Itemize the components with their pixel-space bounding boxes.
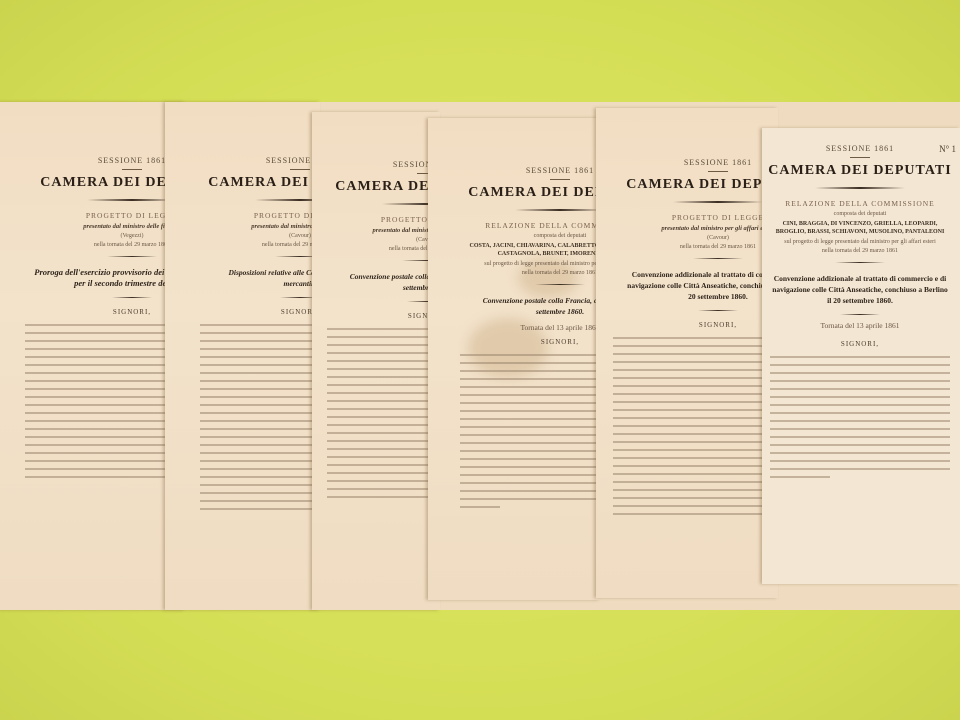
presented-by: presentato dal ministro per gli affari e… bbox=[598, 225, 778, 232]
chamber-title: CAMERA DEI DEPUTATI bbox=[762, 163, 960, 179]
subject: Disposizioni relative alle Camere della … bbox=[215, 267, 320, 289]
chamber-title: CAMERA DEI DEPUTATI bbox=[312, 179, 440, 195]
minister: (Vegezzi) bbox=[7, 233, 185, 239]
salutation: SIGNORI, bbox=[7, 308, 185, 316]
chamber-title: CAMERA DEI DEPUTATI bbox=[445, 185, 600, 201]
session-label: SESSIONE 1861 bbox=[598, 158, 778, 167]
session-date: nella tornata del 29 marzo 1861 bbox=[445, 270, 600, 276]
body-text bbox=[613, 337, 778, 515]
chamber-title: CAMERA DEI DEPUTATI bbox=[185, 175, 320, 191]
presented-by: presentato dal ministro delle finanze bbox=[7, 223, 185, 230]
bill-reference: sul progetto di legge presentato dal min… bbox=[445, 261, 600, 267]
session-label: SESSIONE 1861 bbox=[312, 160, 440, 169]
document-citta-anseatiche-progetto: SESSIONE 1861 CAMERA DEI DEPUTATI PROGET… bbox=[596, 108, 778, 598]
session-label: SESSIONE 1861 bbox=[185, 156, 320, 165]
document-proroga-bilanci: SESSIONE 1861 CAMERA DEI DEPUTATI PROGET… bbox=[0, 102, 185, 610]
session-date: nella tornata del 29 marzo 1861 bbox=[7, 242, 185, 248]
body-text bbox=[200, 324, 320, 510]
document-convenzione-postale-progetto: SESSIONE 1861 CAMERA DEI DEPUTATI PROGET… bbox=[312, 112, 440, 610]
body-text bbox=[460, 354, 600, 508]
bill-reference: sul progetto di legge presentato dal min… bbox=[762, 239, 960, 245]
divider bbox=[255, 199, 320, 201]
session-date: nella tornata del 29 marzo 1861 bbox=[185, 242, 320, 248]
document-kind: PROGETTO DI LEGGE bbox=[598, 213, 778, 222]
salutation: SIGNORI, bbox=[312, 312, 440, 320]
presented-by: presentato dal ministro degli affari est… bbox=[312, 227, 440, 234]
document-convenzione-postale-relazione: SESSIONE 1861 CAMERA DEI DEPUTATI RELAZI… bbox=[428, 118, 600, 600]
body-text bbox=[327, 328, 440, 498]
salutation: SIGNORI, bbox=[185, 308, 320, 316]
session-label: SESSIONE 1861 bbox=[762, 144, 960, 153]
subject: Convenzione postale colla Francia, conch… bbox=[470, 295, 600, 317]
salutation: SIGNORI, bbox=[762, 340, 960, 348]
commission-members: CINI, BRAGGIA, DI VINCENZO, GRIELLA, LEO… bbox=[770, 220, 950, 236]
body-text bbox=[770, 356, 950, 478]
divider bbox=[535, 284, 585, 285]
minister: (Cavour) bbox=[598, 235, 778, 241]
composed-by: composta dei deputati bbox=[762, 211, 960, 217]
minister: (Cavour) bbox=[312, 237, 440, 243]
composed-by: composta dei deputati bbox=[445, 233, 600, 239]
documents-strip: SESSIONE 1861 CAMERA DEI DEPUTATI PROGET… bbox=[0, 102, 960, 610]
session-label: SESSIONE 1861 bbox=[445, 166, 600, 175]
session-label: SESSIONE 1861 bbox=[7, 156, 185, 165]
session-date: nella tornata del 29 marzo 1861 bbox=[312, 246, 440, 252]
chamber-title: CAMERA DEI DEPUTATI bbox=[598, 177, 778, 193]
divider bbox=[815, 187, 905, 189]
commission-members: COSTA, JACINI, CHIAVARINA, CALABRETTO, B… bbox=[460, 242, 600, 258]
divider bbox=[673, 201, 763, 203]
divider bbox=[693, 258, 743, 259]
minister: (Cavour) bbox=[185, 233, 320, 239]
salutation: SIGNORI, bbox=[598, 321, 778, 329]
document-citta-anseatiche-relazione: N° 1 SESSIONE 1861 CAMERA DEI DEPUTATI R… bbox=[762, 128, 960, 584]
body-text bbox=[25, 324, 186, 478]
divider bbox=[107, 256, 157, 257]
salutation: SIGNORI, bbox=[445, 338, 600, 346]
chamber-title: CAMERA DEI DEPUTATI bbox=[7, 175, 185, 191]
subject: Proroga dell'esercizio provvisorio dei b… bbox=[32, 267, 185, 289]
report-date: Tornata del 13 aprile 1861 bbox=[762, 321, 960, 330]
divider bbox=[840, 314, 880, 315]
session-date: nella tornata del 29 marzo 1861 bbox=[598, 244, 778, 250]
subject: Convenzione postale colla Francia, conch… bbox=[342, 271, 440, 293]
divider bbox=[112, 297, 152, 298]
document-kind: RELAZIONE DELLA COMMISSIONE bbox=[762, 199, 960, 208]
divider bbox=[850, 157, 870, 158]
divider bbox=[708, 171, 728, 172]
divider bbox=[290, 169, 310, 170]
document-camere-marina: SESSIONE 1861 CAMERA DEI DEPUTATI PROGET… bbox=[165, 102, 320, 610]
report-date: Tornata del 13 aprile 1861 bbox=[445, 323, 600, 332]
document-kind: PROGETTO DI LEGGE bbox=[185, 211, 320, 220]
document-kind: RELAZIONE DELLA COMMISSIONE bbox=[445, 221, 600, 230]
subject: Convenzione addizionale al trattato di c… bbox=[623, 269, 778, 302]
divider bbox=[122, 169, 142, 170]
subject: Convenzione addizionale al trattato di c… bbox=[770, 273, 950, 306]
divider bbox=[515, 209, 600, 211]
session-date: nella tornata del 29 marzo 1861 bbox=[762, 248, 960, 254]
divider bbox=[835, 262, 885, 263]
document-kind: PROGETTO DI LEGGE bbox=[312, 215, 440, 224]
document-kind: PROGETTO DI LEGGE bbox=[7, 211, 185, 220]
divider bbox=[550, 179, 570, 180]
divider bbox=[698, 310, 738, 311]
presented-by: presentato dal ministro della marina bbox=[185, 223, 320, 230]
divider bbox=[87, 199, 177, 201]
